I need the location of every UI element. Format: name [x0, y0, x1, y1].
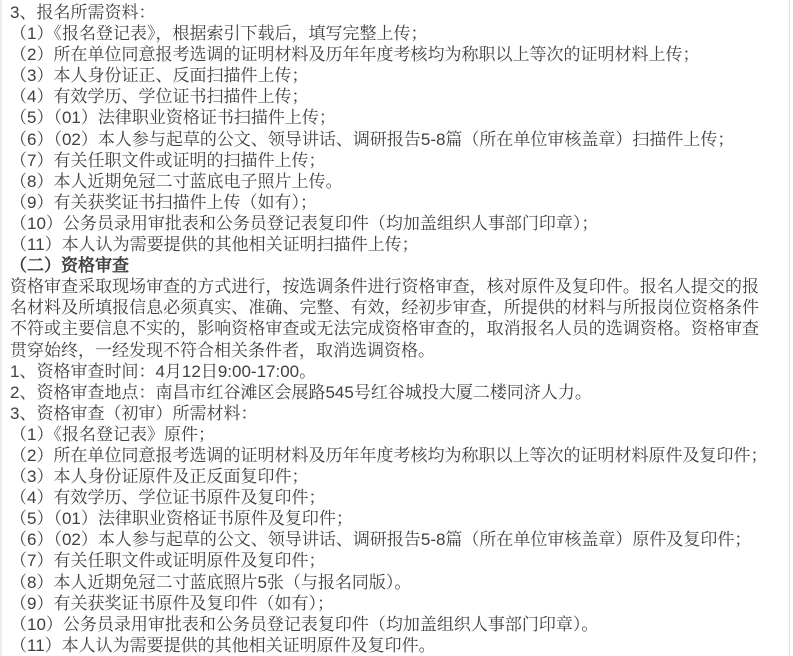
- material-item: （10）公务员录用审批表和公务员登记表复印件（均加盖组织人事部门印章）；: [10, 213, 759, 234]
- material-item: （7）有关任职文件或证明的扫描件上传；: [10, 150, 759, 171]
- review-material-item: （1）《报名登记表》原件；: [10, 424, 759, 445]
- review-material-item: （9）有关获奖证书原件及复印件（如有）；: [10, 593, 759, 614]
- qualification-review-paragraph: 资格审查采取现场审查的方式进行，按选调条件进行资格审查，核对原件及复印件。报名人…: [10, 276, 759, 360]
- material-item: （9）有关获奖证书扫描件上传（如有）；: [10, 192, 759, 213]
- review-materials-heading: 3、资格审查（初审）所需材料：: [10, 403, 759, 424]
- review-location: 2、资格审查地点：南昌市红谷滩区会展路545号红谷城投大厦二楼同济人力。: [10, 382, 759, 403]
- review-material-item: （4）有效学历、学位证书原件及复印件；: [10, 487, 759, 508]
- material-item: （11）本人认为需要提供的其他相关证明扫描件上传；: [10, 234, 759, 255]
- left-edge-line: [0, 0, 2, 656]
- material-item: （3）本人身份证正、反面扫描件上传；: [10, 65, 759, 86]
- right-edge-line: [789, 0, 790, 656]
- material-item: （1）《报名登记表》，根据索引下载后，填写完整上传；: [10, 23, 759, 44]
- review-material-item: （10）公务员录用审批表和公务员登记表复印件（均加盖组织人事部门印章）。: [10, 614, 759, 635]
- material-item: （6）（02）本人参与起草的公文、领导讲话、调研报告5-8篇（所在单位审核盖章）…: [10, 129, 759, 150]
- material-item: （5）（01）法律职业资格证书扫描件上传；: [10, 107, 759, 128]
- review-material-item: （11）本人认为需要提供的其他相关证明原件及复印件。: [10, 635, 759, 656]
- review-material-item: （3）本人身份证原件及正反面复印件；: [10, 466, 759, 487]
- materials-section-heading: 3、报名所需资料：: [10, 2, 759, 23]
- review-material-item: （5）（01）法律职业资格证书原件及复印件；: [10, 508, 759, 529]
- review-time: 1、资格审查时间：4月12日9:00-17:00。: [10, 361, 759, 382]
- material-item: （2）所在单位同意报考选调的证明材料及历年年度考核均为称职以上等次的证明材料上传…: [10, 44, 759, 65]
- review-material-item: （7）有关任职文件或证明原件及复印件；: [10, 550, 759, 571]
- review-material-item: （2）所在单位同意报考选调的证明材料及历年年度考核均为称职以上等次的证明材料原件…: [10, 445, 759, 466]
- material-item: （4）有效学历、学位证书扫描件上传；: [10, 86, 759, 107]
- review-material-item: （8）本人近期免冠二寸蓝底照片5张（与报名同版）。: [10, 572, 759, 593]
- document-body: 3、报名所需资料： （1）《报名登记表》，根据索引下载后，填写完整上传； （2）…: [0, 0, 790, 656]
- material-item: （8）本人近期免冠二寸蓝底电子照片上传。: [10, 171, 759, 192]
- qualification-review-heading: （二）资格审查: [10, 255, 759, 276]
- review-material-item: （6）（02）本人参与起草的公文、领导讲话、调研报告5-8篇（所在单位审核盖章）…: [10, 529, 759, 550]
